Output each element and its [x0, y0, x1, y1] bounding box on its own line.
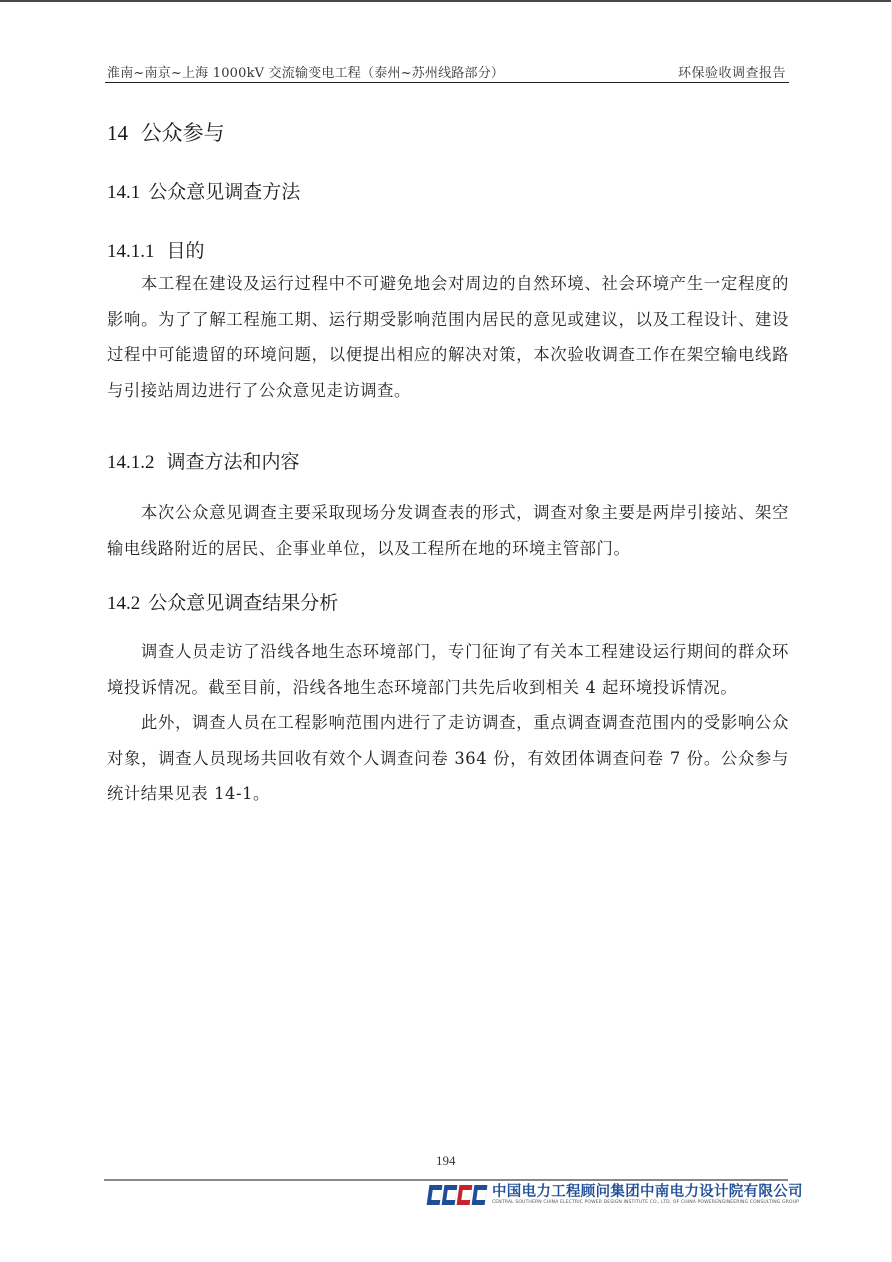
paragraph-method: 本次公众意见调查主要采取现场分发调查表的形式，调查对象主要是两岸引接站、架空输电…: [107, 495, 789, 566]
logo-letter-c: [427, 1185, 443, 1205]
cedc-logo-icon: [428, 1185, 486, 1205]
header-project-title: 淮南~南京~上海 1000kV 交流输变电工程（泰州~苏州线路部分）: [107, 62, 504, 81]
chapter-number: 14: [107, 121, 128, 145]
subsection-number: 14.1.2: [107, 452, 155, 473]
section-title: 公众意见调查结果分析: [148, 592, 338, 614]
page-number: 194: [436, 1153, 456, 1169]
subsection-title: 调查方法和内容: [167, 451, 300, 473]
logo-letter-e: [442, 1185, 458, 1205]
paragraph-purpose: 本工程在建设及运行过程中不可避免地会对周边的自然环境、社会环境产生一定程度的影响…: [107, 266, 789, 408]
chapter-heading: 14 公众参与: [107, 117, 225, 147]
section-heading-14-1: 14.1 公众意见调查方法: [107, 177, 300, 204]
section-number: 14.1: [107, 182, 140, 203]
footer-divider: [104, 1179, 788, 1181]
paragraph-survey-results: 此外，调查人员在工程影响范围内进行了走访调查，重点调查调查范围内的受影响公众对象…: [107, 705, 789, 812]
section-number: 14.2: [107, 593, 140, 614]
page-top-edge: [0, 0, 892, 2]
chapter-title: 公众参与: [141, 121, 225, 145]
company-logo: 中国电力工程顾问集团中南电力设计院有限公司 CENTRAL SOUTHERN C…: [428, 1184, 803, 1206]
header-report-title: 环保验收调查报告: [678, 62, 786, 81]
company-name-en: CENTRAL SOUTHERN CHINA ELECTRIC POWER DE…: [492, 1200, 803, 1206]
subsection-heading-14-1-2: 14.1.2 调查方法和内容: [107, 447, 300, 474]
logo-text: 中国电力工程顾问集团中南电力设计院有限公司 CENTRAL SOUTHERN C…: [492, 1184, 803, 1206]
logo-letter-d: [457, 1185, 473, 1205]
paragraph-complaints: 调查人员走访了沿线各地生态环境部门，专门征询了有关本工程建设运行期间的群众环境投…: [107, 634, 789, 705]
section-heading-14-2: 14.2 公众意见调查结果分析: [107, 588, 338, 615]
company-name-cn: 中国电力工程顾问集团中南电力设计院有限公司: [492, 1184, 803, 1200]
subsection-heading-14-1-1: 14.1.1 目的: [107, 236, 205, 263]
page-header: 淮南~南京~上海 1000kV 交流输变电工程（泰州~苏州线路部分） 环保验收调…: [105, 62, 789, 83]
section-title: 公众意见调查方法: [148, 181, 300, 203]
subsection-number: 14.1.1: [107, 241, 155, 262]
subsection-title: 目的: [167, 240, 205, 262]
logo-letter-c2: [472, 1185, 488, 1205]
